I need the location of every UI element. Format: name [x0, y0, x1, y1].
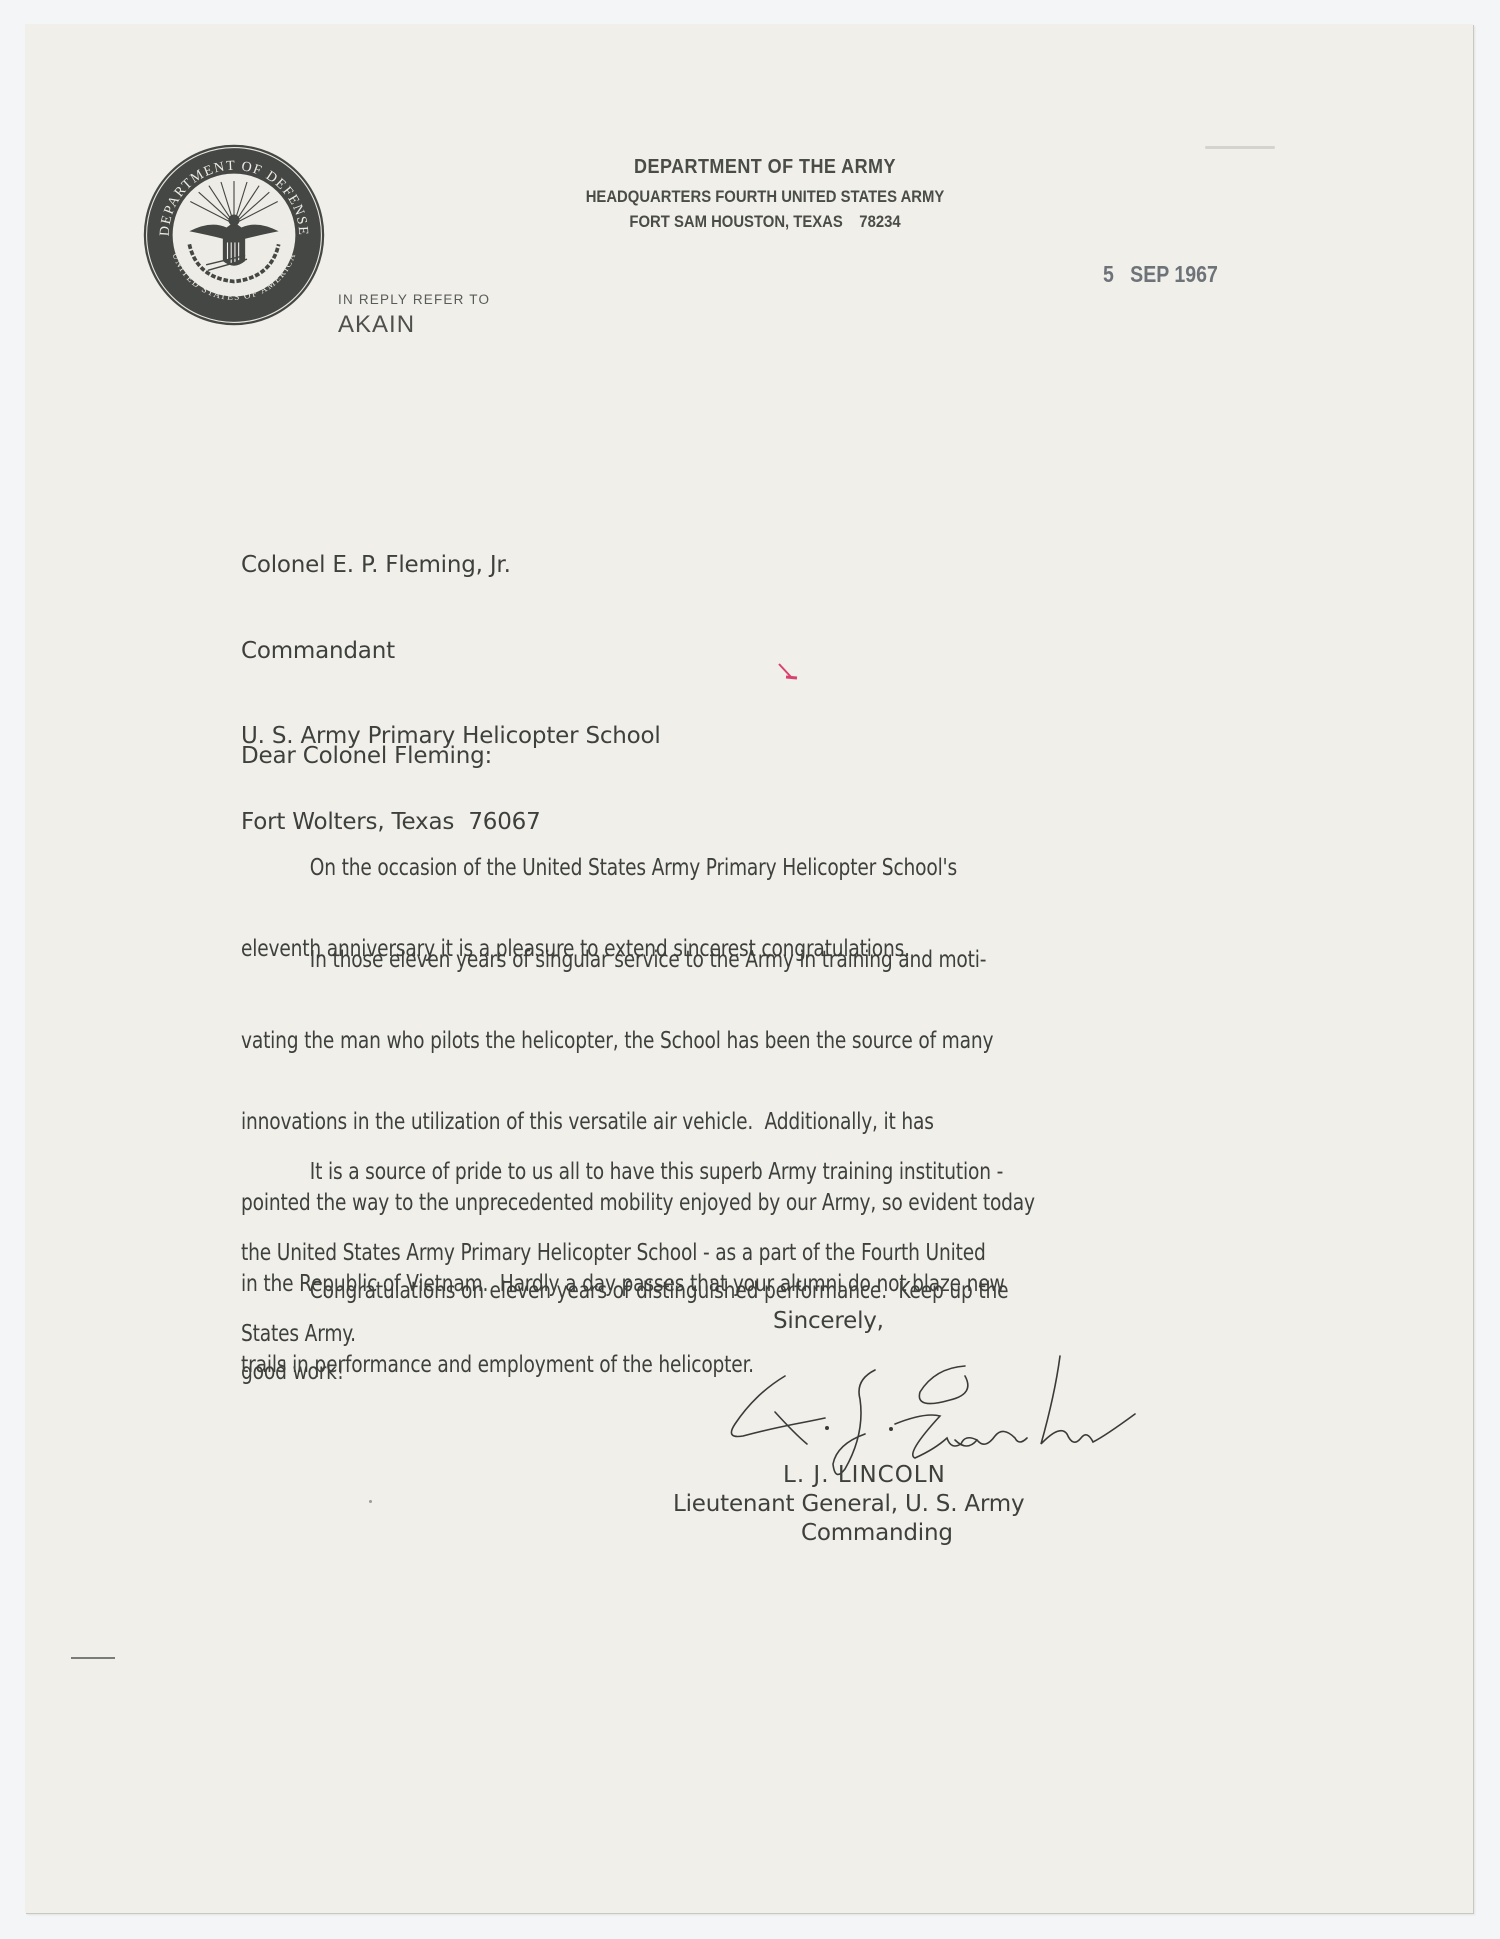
signatory-name: L. J. LINCOLN — [783, 1462, 946, 1489]
speck — [369, 1500, 372, 1503]
fold-mark — [71, 1657, 115, 1659]
paragraph-line: vating the man who pilots the helicopter… — [241, 1028, 1035, 1055]
pink-check-mark — [777, 662, 799, 682]
letterhead-address: FORT SAM HOUSTON, TEXAS 78234 — [567, 213, 963, 232]
department-of-defense-seal-icon: DEPARTMENT OF DEFENSE UNITED STATES OF A… — [141, 142, 327, 328]
recipient-title: Commandant — [241, 637, 661, 666]
letter-page: DEPARTMENT OF DEFENSE UNITED STATES OF A… — [25, 24, 1473, 1913]
letterhead-headquarters: HEADQUARTERS FOURTH UNITED STATES ARMY — [545, 188, 986, 207]
letterhead-department: DEPARTMENT OF THE ARMY — [567, 156, 963, 179]
paragraph-line: It is a source of pride to us all to hav… — [241, 1159, 1003, 1186]
paragraph-line: In those eleven years of singular servic… — [241, 947, 1035, 974]
signatory-position: Commanding — [801, 1520, 953, 1547]
signatory-rank: Lieutenant General, U. S. Army — [673, 1491, 1024, 1518]
reply-refer-label: IN REPLY REFER TO — [338, 292, 490, 307]
paragraph-line: On the occasion of the United States Arm… — [241, 855, 957, 882]
reply-reference-code: AKAIN — [338, 311, 415, 339]
salutation: Dear Colonel Fleming: — [241, 743, 492, 770]
paragraph-line: Congratulations on eleven years of disti… — [241, 1278, 1008, 1305]
smudge-mark — [1205, 146, 1275, 149]
recipient-name: Colonel E. P. Fleming, Jr. — [241, 551, 661, 580]
closing: Sincerely, — [773, 1308, 884, 1335]
date-stamp: 5 SEP 1967 — [1103, 261, 1218, 288]
